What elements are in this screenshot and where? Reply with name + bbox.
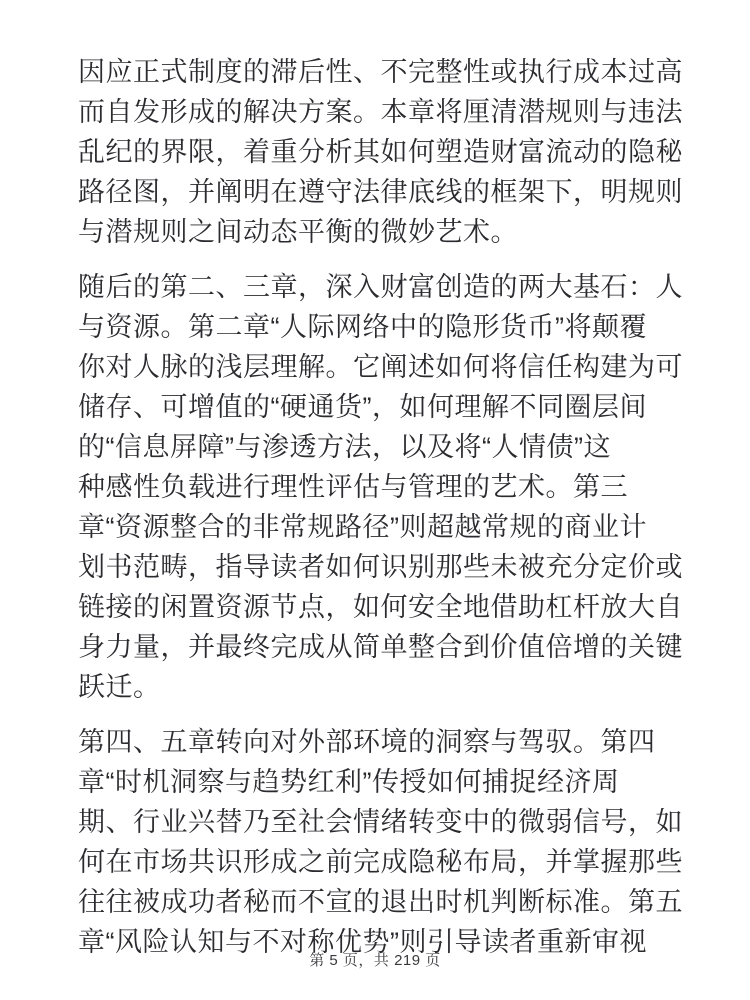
text-line: 章“时机洞察与趋势红利”传授如何捕捉经济周 bbox=[78, 762, 678, 802]
text-line: 章“资源整合的非常规路径”则超越常规的商业计 bbox=[78, 507, 678, 547]
text-line: 第四、五章转向对外部环境的洞察与驾驭。第四 bbox=[78, 722, 678, 762]
text-line: 与资源。第二章“人际网络中的隐形货币”将颠覆 bbox=[78, 307, 678, 347]
paragraph: 因应正式制度的滞后性、不完整性或执行成本过高而自发形成的解决方案。本章将厘清潜规… bbox=[78, 52, 678, 252]
text-line: 随后的第二、三章，深入财富创造的两大基石：人 bbox=[78, 267, 678, 307]
text-line: 种感性负载进行理性评估与管理的艺术。第三 bbox=[78, 467, 678, 507]
text-line: 划书范畴，指导读者如何识别那些未被充分定价或 bbox=[78, 547, 678, 587]
paragraph: 随后的第二、三章，深入财富创造的两大基石：人与资源。第二章“人际网络中的隐形货币… bbox=[78, 267, 678, 707]
text-line: 的“信息屏障”与渗透方法，以及将“人情债”这 bbox=[78, 427, 678, 467]
text-line: 何在市场共识形成之前完成隐秘布局，并掌握那些 bbox=[78, 842, 678, 882]
document-page: 因应正式制度的滞后性、不完整性或执行成本过高而自发形成的解决方案。本章将厘清潜规… bbox=[0, 0, 750, 1000]
text-line: 链接的闲置资源节点，如何安全地借助杠杆放大自 bbox=[78, 587, 678, 627]
text-line: 与潜规则之间动态平衡的微妙艺术。 bbox=[78, 212, 678, 252]
text-line: 跃迁。 bbox=[78, 667, 678, 707]
text-line: 身力量，并最终完成从简单整合到价值倍增的关键 bbox=[78, 627, 678, 667]
paragraph: 第四、五章转向对外部环境的洞察与驾驭。第四章“时机洞察与趋势红利”传授如何捕捉经… bbox=[78, 722, 678, 962]
text-line: 储存、可增值的“硬通货”，如何理解不同圈层间 bbox=[78, 387, 678, 427]
text-line: 往往被成功者秘而不宣的退出时机判断标准。第五 bbox=[78, 882, 678, 922]
page-text-content: 因应正式制度的滞后性、不完整性或执行成本过高而自发形成的解决方案。本章将厘清潜规… bbox=[78, 52, 678, 962]
page-number-footer: 第 5 页，共 219 页 bbox=[0, 951, 750, 971]
text-line: 期、行业兴替乃至社会情绪转变中的微弱信号，如 bbox=[78, 802, 678, 842]
text-line: 因应正式制度的滞后性、不完整性或执行成本过高 bbox=[78, 52, 678, 92]
text-line: 而自发形成的解决方案。本章将厘清潜规则与违法 bbox=[78, 92, 678, 132]
text-line: 乱纪的界限，着重分析其如何塑造财富流动的隐秘 bbox=[78, 132, 678, 172]
text-line: 路径图，并阐明在遵守法律底线的框架下，明规则 bbox=[78, 172, 678, 212]
text-line: 你对人脉的浅层理解。它阐述如何将信任构建为可 bbox=[78, 347, 678, 387]
